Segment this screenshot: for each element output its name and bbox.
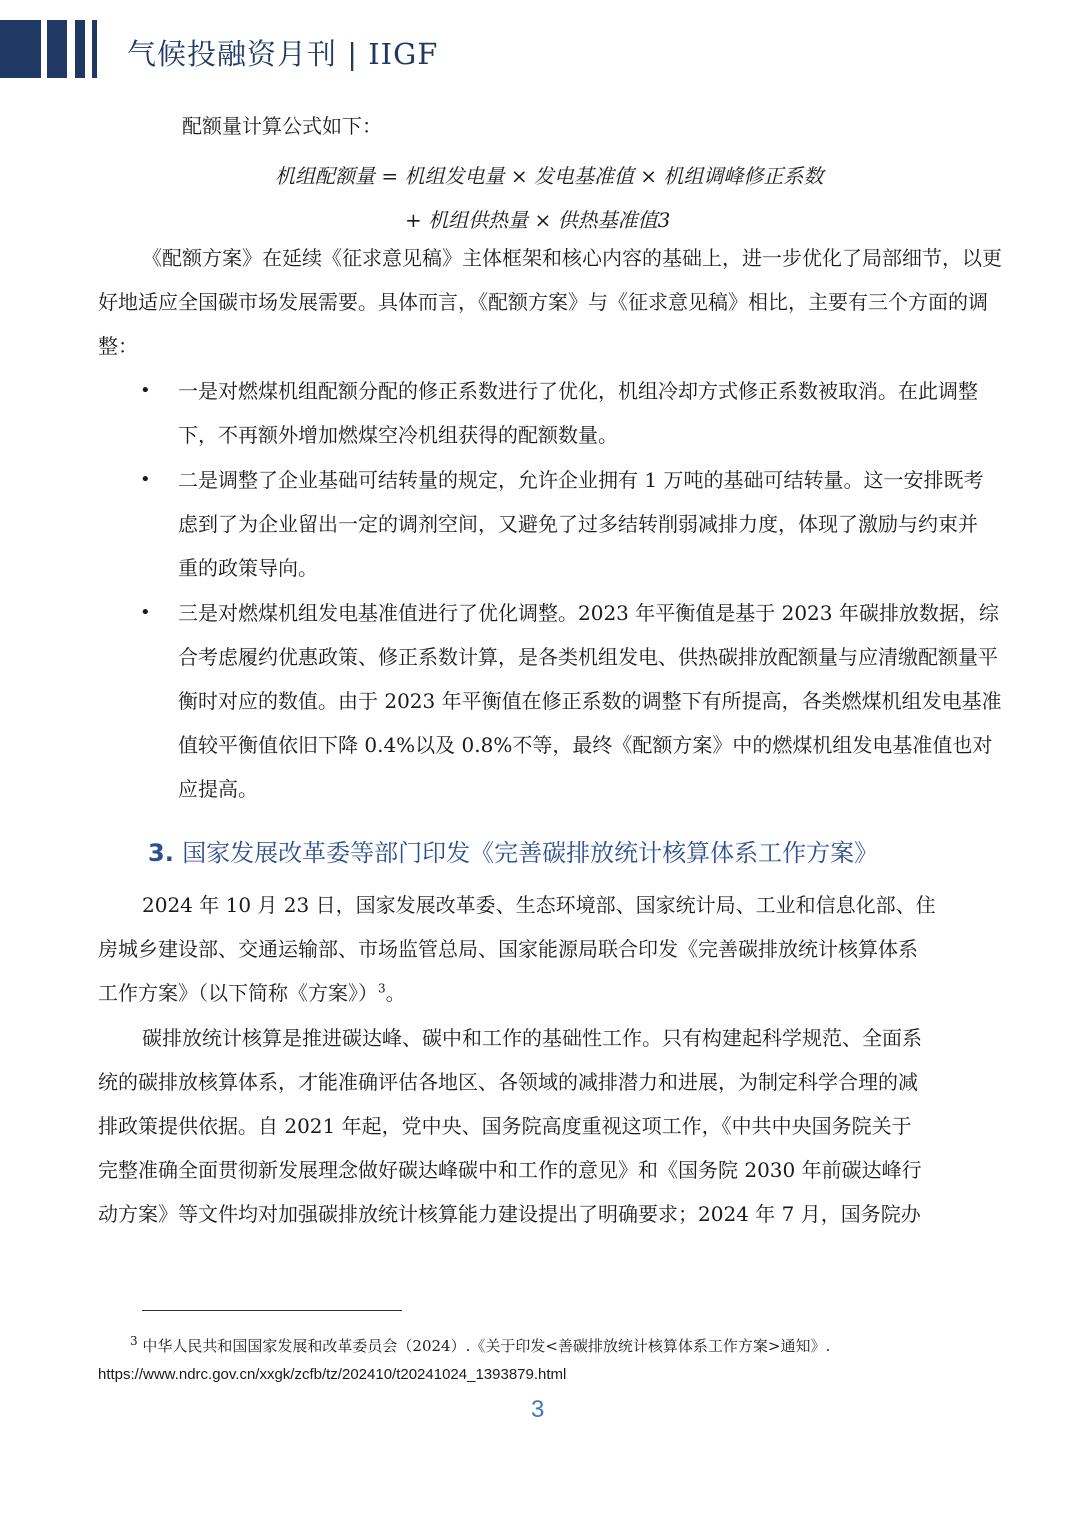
paragraph-line: 整： — [98, 324, 138, 368]
bullet-dot-icon: • — [140, 591, 151, 635]
bullet-line: 衡时对应的数值。由于 2023 年平衡值在修正系数的调整下有所提高，各类燃煤机组… — [178, 679, 1002, 723]
paragraph-line: 完整准确全面贯彻新发展理念做好碳达峰碳中和工作的意见》和《国务院 2030 年前… — [98, 1148, 922, 1192]
bullet-line: 三是对燃煤机组发电基准值进行了优化调整。2023 年平衡值是基于 2023 年碳… — [178, 591, 999, 635]
publication-title: 气候投融资月刊 | IIGF — [127, 32, 438, 73]
bullet-line: 二是调整了企业基础可结转量的规定，允许企业拥有 1 万吨的基础可结转量。这一安排… — [178, 458, 983, 502]
footnote-divider — [142, 1310, 402, 1311]
bullet-line: 一是对燃煤机组配额分配的修正系数进行了优化，机组冷却方式修正系数被取消。在此调整 — [178, 369, 978, 413]
section-heading: 3. 国家发展改革委等部门印发《完善碳排放统计核算体系工作方案》 — [148, 833, 878, 868]
section-title: 国家发展改革委等部门印发《完善碳排放统计核算体系工作方案》 — [182, 839, 878, 867]
formula-line-2: + 机组供热量 × 供热基准值3 — [405, 204, 670, 233]
paragraph-line: 动方案》等文件均对加强碳排放统计核算能力建设提出了明确要求；2024 年 7 月… — [98, 1192, 921, 1236]
paragraph-line: 好地适应全国碳市场发展需要。具体而言，《配额方案》与《征求意见稿》相比，主要有三… — [98, 280, 988, 324]
paragraph-line: 房城乡建设部、交通运输部、市场监管总局、国家能源局联合印发《完善碳排放统计核算体… — [98, 927, 918, 971]
formula-line-1: 机组配额量 = 机组发电量 × 发电基准值 × 机组调峰修正系数 — [275, 160, 823, 189]
bullet-line: 应提高。 — [178, 767, 258, 811]
paragraph-text: 。 — [386, 981, 406, 1005]
paragraph-line: 2024 年 10 月 23 日，国家发展改革委、生态环境部、国家统计局、工业和… — [142, 883, 936, 927]
footnote-marker: 3 — [130, 1334, 138, 1348]
footnote-text: 中华人民共和国国家发展和改革委员会（2024）.《关于印发<善碳排放统计核算体系… — [142, 1337, 830, 1355]
bullet-line: 重的政策导向。 — [178, 546, 318, 590]
paragraph-line: 碳排放统计核算是推进碳达峰、碳中和工作的基础性工作。只有构建起科学规范、全面系 — [142, 1016, 922, 1060]
section-number: 3. — [148, 839, 174, 867]
bullet-line: 虑到了为企业留出一定的调剂空间，又避免了过多结转削弱减排力度，体现了激励与约束并 — [178, 502, 978, 546]
paragraph-line: 统的碳排放核算体系，才能准确评估各地区、各领域的减排潜力和进展，为制定科学合理的… — [98, 1060, 918, 1104]
bullet-line: 下，不再额外增加燃煤空冷机组获得的配额数量。 — [178, 413, 618, 457]
paragraph-line: 《配额方案》在延续《征求意见稿》主体框架和核心内容的基础上，进一步优化了局部细节… — [142, 236, 1002, 280]
bullet-dot-icon: • — [140, 369, 151, 413]
footnote-reference-link[interactable]: 3 — [378, 981, 386, 995]
footnote-url-link[interactable]: https://www.ndrc.gov.cn/xxgk/zcfb/tz/202… — [98, 1366, 566, 1383]
bullet-line: 合考虑履约优惠政策、修正系数计算，是各类机组发电、供热碳排放配额量与应清缴配额量… — [178, 635, 998, 679]
footnote: 3 中华人民共和国国家发展和改革委员会（2024）.《关于印发<善碳排放统计核算… — [130, 1335, 830, 1356]
header-bar-decoration — [47, 20, 67, 78]
header-bar-decoration — [0, 20, 41, 78]
paragraph-line: 工作方案》（以下简称《方案》）3。 — [98, 971, 406, 1015]
paragraph-text: 工作方案》（以下简称《方案》） — [98, 981, 378, 1005]
page-number: 3 — [531, 1396, 544, 1424]
paragraph-line: 排政策提供依据。自 2021 年起，党中央、国务院高度重视这项工作，《中共中央国… — [98, 1104, 912, 1148]
header-bar-decoration — [75, 20, 85, 78]
bullet-dot-icon: • — [140, 458, 151, 502]
header-bar-decoration — [92, 20, 97, 78]
bullet-line: 值较平衡值依旧下降 0.4%以及 0.8%不等，最终《配额方案》中的燃煤机组发电… — [178, 723, 992, 767]
formula-intro: 配额量计算公式如下： — [182, 104, 382, 148]
